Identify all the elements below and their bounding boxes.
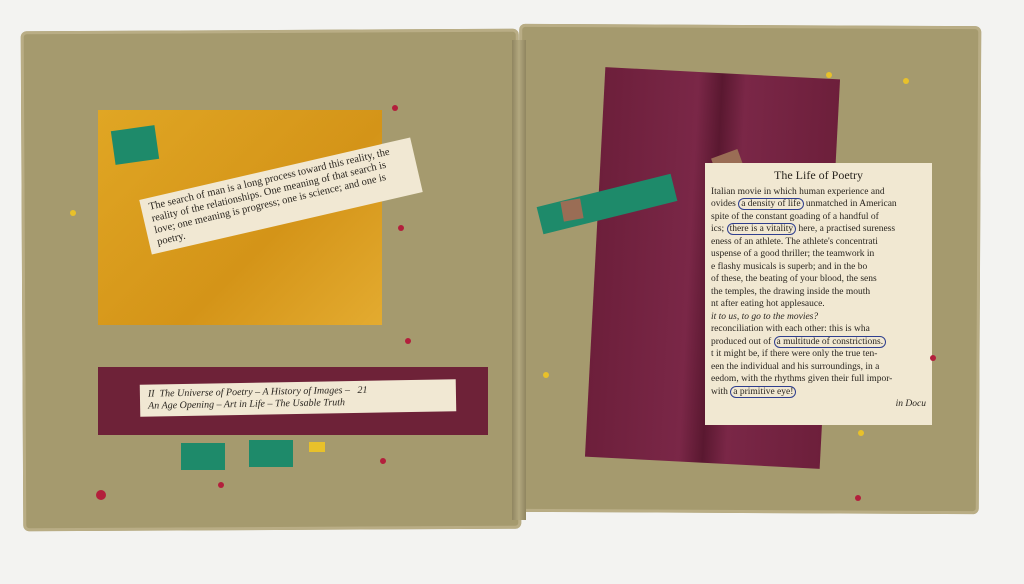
- article-text: unmatched in American: [806, 199, 897, 209]
- paint-dot: [405, 338, 411, 344]
- article-line: een the individual and his surroundings,…: [711, 361, 926, 374]
- paint-dot: [392, 105, 398, 111]
- paint-dot: [70, 210, 76, 216]
- circled-phrase: a density of life: [738, 198, 803, 210]
- tan-square: [560, 198, 583, 221]
- article-line: of these, the beating of your blood, the…: [711, 273, 926, 286]
- article-line: t it might be, if there were only the tr…: [711, 348, 926, 361]
- paint-dot: [855, 495, 861, 501]
- paint-dot: [930, 355, 936, 361]
- contents-page-number: 21: [357, 385, 367, 396]
- article-line: Italian movie in which human experience …: [711, 186, 926, 199]
- article-line: the temples, the drawing inside the mout…: [711, 286, 926, 299]
- yellow-square: [309, 442, 325, 452]
- article-text: produced out of: [711, 337, 771, 347]
- teal-square: [181, 443, 225, 470]
- article-text: ovides: [711, 199, 736, 209]
- article-line: spite of the constant goading of a handf…: [711, 211, 926, 224]
- article-title: The Life of Poetry: [711, 169, 926, 182]
- paint-dot: [380, 458, 386, 464]
- circled-phrase: a primitive eye!: [730, 386, 796, 398]
- article-line: nt after eating hot applesauce.: [711, 298, 926, 311]
- contents-numeral: II: [148, 389, 155, 400]
- article-line: eness of an athlete. The athlete's conce…: [711, 236, 926, 249]
- paint-dot: [543, 372, 549, 378]
- paint-dot: [218, 482, 224, 488]
- article-text: with: [711, 387, 728, 397]
- paint-dot: [96, 490, 106, 500]
- book-gutter: [512, 40, 526, 520]
- article-text: ics;: [711, 224, 724, 234]
- paint-dot: [398, 225, 404, 231]
- article-line: e flashy musicals is superb; and in the …: [711, 261, 926, 274]
- paint-dot: [858, 430, 864, 436]
- article-line: in Docu: [711, 398, 926, 411]
- article-line: it to us, to go to the movies?: [711, 311, 926, 324]
- article-clipping: The Life of Poetry Italian movie in whic…: [705, 163, 932, 425]
- paint-dot: [826, 72, 832, 78]
- circled-phrase: there is a vitality: [727, 223, 797, 235]
- circled-phrase: a multitude of constrictions.: [774, 336, 887, 348]
- contents-line-2: An Age Opening – Art in Life – The Usabl…: [148, 397, 345, 411]
- teal-square: [249, 440, 293, 467]
- article-line: eedom, with the rhythms given their full…: [711, 373, 926, 386]
- teal-square: [111, 125, 159, 165]
- article-text: here, a practised sureness: [799, 224, 896, 234]
- contents-strip: II The Universe of Poetry – A History of…: [140, 379, 457, 417]
- article-line: uspense of a good thriller; the teamwork…: [711, 248, 926, 261]
- article-line: reconciliation with each other: this is …: [711, 323, 926, 336]
- paint-dot: [903, 78, 909, 84]
